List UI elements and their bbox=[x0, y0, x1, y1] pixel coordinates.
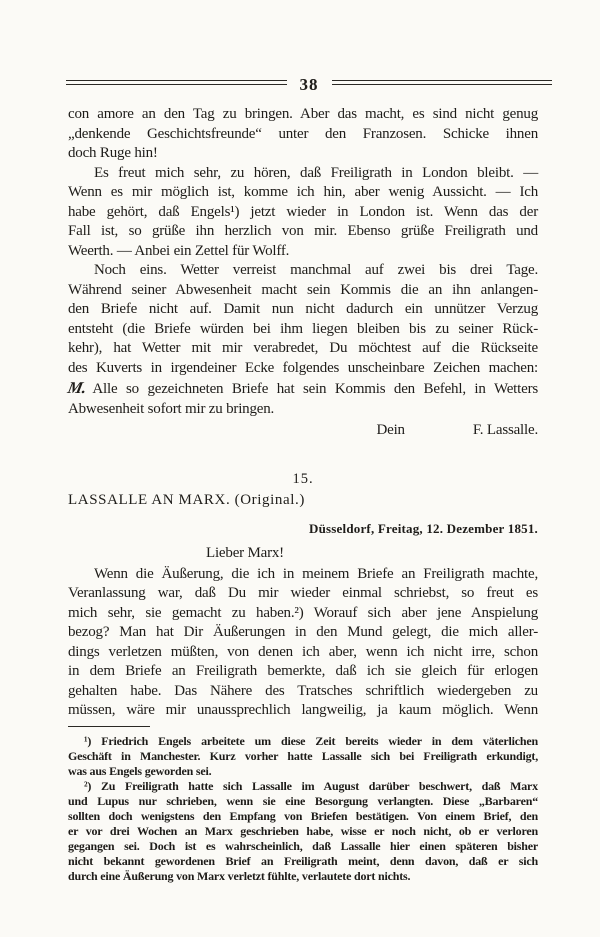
letter14-paragraph-2: Es freut mich sehr, zu hören, daß Freili… bbox=[68, 164, 538, 262]
text-line: bezog? Man hat Dir Äußerungen in den Mun… bbox=[68, 623, 538, 643]
signature-closing: Dein bbox=[377, 421, 405, 441]
letter14-paragraph-3: Noch eins. Wetter verreist manchmal auf … bbox=[68, 261, 538, 419]
footnotes: ¹) Friedrich Engels arbeitete um diese Z… bbox=[68, 734, 538, 884]
text-line: nicht bekannt gewordenen Brief an Freili… bbox=[68, 854, 538, 869]
text-line: „denkende Geschichtsfreunde“ unter den F… bbox=[68, 125, 538, 145]
text-line: ¹) Friedrich Engels arbeitete um diese Z… bbox=[68, 734, 538, 749]
text-line: Geschäft in Manchester. Kurz vorher hatt… bbox=[68, 749, 538, 764]
text-line: mich sehr, sie gemacht zu haben.²) Worau… bbox=[68, 604, 538, 624]
text-line: gehalten habe. Das Nähere des Tratsches … bbox=[68, 682, 538, 702]
text-line: entsteht (die Briefe würden bei ihm lieg… bbox=[68, 320, 538, 340]
page-number: 38 bbox=[300, 76, 319, 93]
text-block: con amore an den Tag zu bringen. Aber da… bbox=[68, 105, 538, 884]
text-line: was aus Engels geworden sei. bbox=[68, 764, 538, 779]
letter14-paragraph-1: con amore an den Tag zu bringen. Aber da… bbox=[68, 105, 538, 164]
text-line: sollten doch wenigstens den Empfang von … bbox=[68, 809, 538, 824]
text-line: er vor drei Wochen an Marx geschrieben h… bbox=[68, 824, 538, 839]
text-line: Wenn es mir möglich ist, komme ich hin, … bbox=[68, 183, 538, 203]
text-line: M.Alle so gezeichneten Briefe hat sein K… bbox=[68, 378, 538, 400]
text-line: des Kuverts in irgendeiner Ecke folgende… bbox=[68, 359, 538, 379]
text-line: Weerth. — Anbei ein Zettel für Wolff. bbox=[68, 242, 538, 262]
text-line: Noch eins. Wetter verreist manchmal auf … bbox=[68, 261, 538, 281]
wetter-mark-sign: M. bbox=[66, 378, 89, 398]
signature-name: F. Lassalle. bbox=[473, 421, 538, 441]
letter15-dateline: Düsseldorf, Freitag, 12. Dezember 1851. bbox=[68, 519, 538, 539]
page-header: 38 bbox=[66, 74, 552, 91]
letter15-paragraph-1: Wenn die Äußerung, die ich in meinem Bri… bbox=[68, 565, 538, 721]
text-line: con amore an den Tag zu bringen. Aber da… bbox=[68, 105, 538, 125]
text-line: dings verletzen müßten, von denen ich ab… bbox=[68, 643, 538, 663]
text-line: Veranlassung war, daß Du mir wieder einm… bbox=[68, 584, 538, 604]
footnote-separator-rule bbox=[68, 726, 150, 727]
text-line: den Briefe nicht auf. Damit nun nicht da… bbox=[68, 300, 538, 320]
text-line: ²) Zu Freiligrath hatte sich Lassalle im… bbox=[68, 779, 538, 794]
book-page: 38 con amore an den Tag zu bringen. Aber… bbox=[0, 0, 600, 937]
text-line: Während seiner Abwesenheit macht sein Ko… bbox=[68, 281, 538, 301]
text-line: und Lupus nur schrieben, wenn sie eine B… bbox=[68, 794, 538, 809]
footnote-1: ¹) Friedrich Engels arbeitete um diese Z… bbox=[68, 734, 538, 779]
letter15-number: 15. bbox=[68, 470, 538, 490]
text-line: Es freut mich sehr, zu hören, daß Freili… bbox=[68, 164, 538, 184]
footnote-2: ²) Zu Freiligrath hatte sich Lassalle im… bbox=[68, 779, 538, 884]
header-rule-right bbox=[332, 80, 553, 85]
letter14-signature: Dein F. Lassalle. bbox=[68, 421, 538, 441]
text-line: doch Ruge hin! bbox=[68, 144, 538, 164]
text-line: durch eine Äußerung von Marx verletzt fü… bbox=[68, 869, 538, 884]
text-line: habe gehört, daß Engels¹) jetzt wieder i… bbox=[68, 203, 538, 223]
text-line: in dem Briefe an Freiligrath bemerkte, d… bbox=[68, 662, 538, 682]
text-line: Abwesenheit sofort mir zu bringen. bbox=[68, 400, 538, 420]
letter15-heading: LASSALLE AN MARX. (Original.) bbox=[68, 491, 538, 511]
text-line: müssen, wäre mir unaussprechlich langwei… bbox=[68, 701, 538, 721]
letter15-salutation: Lieber Marx! bbox=[206, 544, 538, 564]
text-line: Fall ist, so grüße ihn herzlich von mir.… bbox=[68, 222, 538, 242]
header-rule-left bbox=[66, 80, 287, 85]
text-line: gegangen sei. Doch ist es wahrscheinlich… bbox=[68, 839, 538, 854]
text-line: Wenn die Äußerung, die ich in meinem Bri… bbox=[68, 565, 538, 585]
text-line: kehr), hat Wetter mit mir verabredet, Du… bbox=[68, 339, 538, 359]
